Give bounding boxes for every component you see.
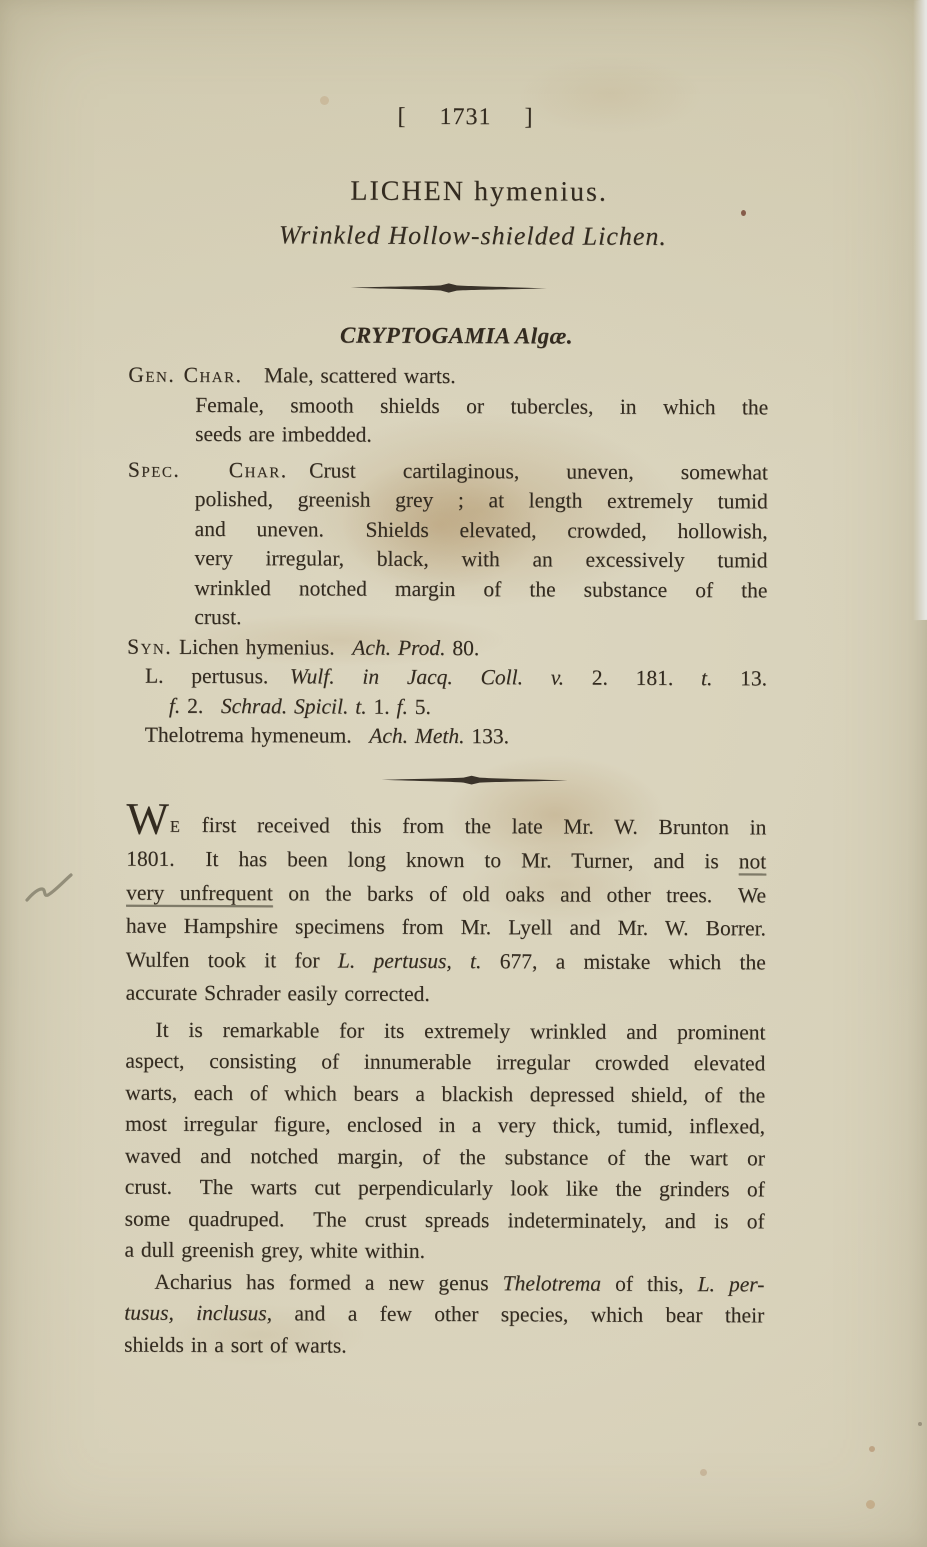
text-line: Thelotrema hymeneum. Ach. Meth. 133. [127,721,767,753]
text-line: very irregular, black, with an excessive… [127,544,767,576]
bracket-left: [ [397,102,406,132]
text-line: waved and notched margin, of the substan… [125,1140,765,1174]
text-line: It is remarkable for its extremely wrink… [125,1014,765,1048]
text-line: and uneven. Shields elevated, crowded, h… [128,514,768,546]
text-line: crust. [127,603,767,635]
spec-char-block: Spec. Char. Crust cartilaginous, uneven,… [127,455,768,635]
text-line: very unfrequent on the barks of old oaks… [126,876,766,912]
page-edge [913,0,927,620]
text-line: f. 2. Schrad. Spicil. t. 1. f. 5. [127,691,767,723]
text-line: Female, smooth shields or tubercles, in … [128,390,768,422]
text-line: Gen. Char. Male, scattered warts. [128,361,768,393]
body-paragraph-3: Acharius has formed a new genus Thelotre… [124,1266,764,1363]
text-line: 1801. It has been long known to Mr. Turn… [126,843,766,879]
foxing-speck [866,1500,875,1509]
swelled-rule-divider [382,773,568,786]
text-line: warts, each of which bears a blackish de… [125,1077,765,1111]
text-line: Acharius has formed a new genus Thelotre… [124,1266,764,1300]
text-line: shields in a sort of warts. [124,1329,764,1363]
text-line: accurate Schrader easily corrected. [126,977,766,1013]
page-number-value: 1731 [439,102,491,132]
subtitle: Wrinkled Hollow-shielded Lichen. [153,219,793,254]
text-line: some quadruped. The crust spreads indete… [125,1203,765,1237]
pencil-checkmark [22,868,76,914]
text-line: polished, greenish grey ; at length extr… [128,485,768,517]
text-line: Spec. Char. Crust cartilaginous, uneven,… [128,455,768,487]
foxing-speck [700,1469,707,1476]
body-paragraph-1: WE first received this from the late Mr.… [126,808,767,1013]
gen-char-block: Gen. Char. Male, scattered warts.Female,… [128,361,768,452]
page-content: [ 1731 ] LICHEN hymenius. Wrinkled Hollo… [124,0,770,1363]
body-paragraph-2: It is remarkable for its extremely wrink… [124,1014,765,1269]
text-line: Syn. Lichen hymenius. Ach. Prod. 80. [127,632,767,664]
text-line: most irregular figure, enclosed in a ver… [125,1109,765,1143]
text-line: L. pertusus. Wulf. in Jacq. Coll. v. 2. … [127,662,767,694]
text-line: a dull greenish grey, white within. [124,1235,764,1269]
text-line: crust. The warts cut perpendicularly loo… [125,1172,765,1206]
text-line: wrinkled notched margin of the substance… [127,573,767,605]
synonyms-block: Syn. Lichen hymenius. Ach. Prod. 80.L. p… [127,632,768,753]
page-number: [ 1731 ] [145,101,785,134]
text-line: seeds are imbedded. [128,420,768,452]
foxing-speck [869,1446,875,1452]
text-line: have Hampshire specimens from Mr. Lyell … [126,910,766,946]
scanned-page: [ 1731 ] LICHEN hymenius. Wrinkled Hollo… [0,0,927,1547]
bracket-right: ] [524,102,533,132]
text-line: WE first received this from the late Mr.… [126,808,766,845]
main-title: LICHEN hymenius. [159,174,799,211]
text-line: tusus, inclusus, and a few other species… [124,1298,764,1332]
text-line: Wulfen took it for L. pertusus, t. 677, … [126,943,766,979]
foxing-speck [918,1422,922,1426]
swelled-rule-divider [351,282,547,295]
text-line: aspect, consisting of innumerable irregu… [125,1046,765,1080]
section-heading: CRYPTOGAMIA Algæ. [136,321,776,352]
